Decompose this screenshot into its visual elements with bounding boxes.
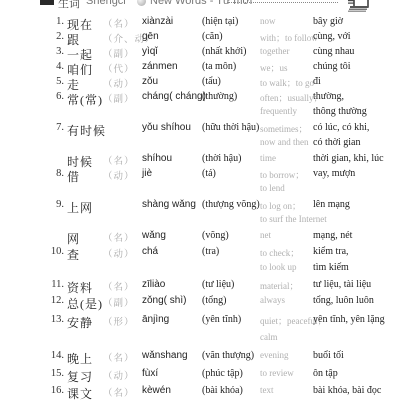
header-marker-box (40, 0, 54, 5)
english-meaning: time (260, 153, 276, 163)
han-viet-reading: (thường) (202, 91, 237, 102)
english-meaning: text (260, 385, 274, 395)
vocab-row: 7.有时候yǒu shíhou(hữu thời hậu)sometimes；c… (0, 122, 400, 138)
pinyin: chá (142, 246, 158, 257)
header-pinyin-label: Shengci (86, 0, 126, 7)
vocab-row: 10.查（动）chá(tra)to check；kiểm tra, (0, 246, 400, 262)
part-of-speech: （代） (103, 61, 135, 75)
vietnamese-meaning: tìm kiếm (313, 262, 349, 273)
vocab-row: to surf the Internet (0, 214, 400, 230)
hanzi-word: 查 (67, 246, 80, 263)
pinyin: zǒu (142, 76, 158, 87)
vocab-row: to look uptìm kiếm (0, 262, 400, 278)
pinyin: yǒu shíhou (142, 122, 191, 133)
entry-number: 8. (50, 168, 64, 179)
english-meaning: calm (260, 332, 278, 342)
part-of-speech: （名） (103, 153, 135, 167)
hanzi-word: 安静 (67, 314, 93, 331)
vietnamese-meaning: kiểm tra, (313, 246, 349, 257)
vocab-row: now and thencó thời gian (0, 137, 400, 153)
han-viet-reading: (căn) (202, 31, 223, 42)
vocab-row: to lend (0, 183, 400, 199)
entry-number: 13. (44, 314, 64, 325)
han-viet-reading: (tẩu) (202, 76, 221, 87)
pinyin: fùxí (142, 368, 158, 379)
vietnamese-meaning: thông thường (313, 106, 367, 117)
part-of-speech: （动） (103, 246, 135, 260)
english-meaning: to borrow； (260, 168, 304, 181)
vocab-row: 15.复习（动）fùxí(phúc tập)to reviewôn tập (0, 368, 400, 384)
entry-number: 12. (44, 295, 64, 306)
pinyin: ānjìng (142, 314, 169, 325)
han-viet-reading: (tổng) (202, 295, 226, 306)
vietnamese-meaning: tổng, luôn luôn (313, 295, 374, 306)
english-meaning: to review (260, 368, 294, 378)
circle-bullet-icon (137, 0, 146, 6)
vocab-row: calm (0, 332, 400, 348)
pinyin: zīliào (142, 279, 165, 290)
pinyin: xiànzài (142, 16, 173, 27)
vietnamese-meaning: vay, mượn (313, 168, 355, 179)
vietnamese-meaning: thời gian, khi, lúc (313, 153, 384, 164)
vietnamese-meaning: buổi tối (313, 350, 344, 361)
vietnamese-meaning: chúng tôi (313, 61, 351, 72)
vocab-row: 3.一起（副）yìqǐ(nhất khởi)togethercùng nhau (0, 46, 400, 62)
english-meaning: material； (260, 279, 298, 292)
pinyin: wǎng (142, 230, 166, 241)
vocab-row: 4.咱们（代）zánmen(ta môn)we；uschúng tôi (0, 61, 400, 77)
vietnamese-meaning: cùng nhau (313, 46, 354, 57)
vietnamese-meaning: tư liệu, tài liệu (313, 279, 371, 290)
dotted-leader (228, 2, 338, 3)
entry-number: 9. (50, 199, 64, 210)
han-viet-reading: (tra) (202, 246, 219, 257)
part-of-speech: （动） (103, 168, 135, 182)
han-viet-reading: (vãn thượng) (202, 350, 254, 361)
vietnamese-meaning: có thời gian (313, 137, 361, 148)
pinyin: kèwén (142, 385, 171, 396)
pinyin: cháng( cháng) (142, 91, 206, 102)
part-of-speech: （副） (103, 46, 135, 60)
hanzi-word: 网 (67, 230, 80, 247)
pinyin: jiè (142, 168, 152, 179)
entry-number: 4. (50, 61, 64, 72)
english-meaning: frequently (260, 106, 297, 116)
english-meaning: together (260, 46, 290, 56)
vietnamese-meaning: có lúc, có khi, (313, 122, 369, 133)
entry-number: 3. (50, 46, 64, 57)
pinyin: yìqǐ (142, 46, 158, 57)
vietnamese-meaning: thường, (313, 91, 344, 102)
hanzi-word: 晚上 (67, 350, 93, 367)
han-viet-reading: (ta môn) (202, 61, 236, 72)
section-header: 生词 Shengci New Words - Từ mới (0, 0, 400, 10)
entry-number: 15. (44, 368, 64, 379)
vietnamese-meaning: bây giờ (313, 16, 343, 27)
part-of-speech: （副） (103, 295, 135, 309)
english-meaning: we；us (260, 61, 288, 74)
english-meaning: now and then (260, 137, 309, 147)
part-of-speech: （名） (103, 385, 135, 399)
vocab-row: 网（名）wǎng(võng)netmạng, nét (0, 230, 400, 246)
pinyin: gēn (142, 31, 159, 42)
vocab-row: 时候（名）shíhou(thời hậu)timethời gian, khi,… (0, 153, 400, 169)
han-viet-reading: (tư liệu) (202, 279, 234, 290)
han-viet-reading: (thời hậu) (202, 153, 241, 164)
part-of-speech: （形） (103, 314, 135, 328)
vocab-row: 16.课文（名）kèwén(bài khóa)textbài khóa, bài… (0, 385, 400, 400)
english-meaning: evening (260, 350, 289, 360)
han-viet-reading: (hiện tại) (202, 16, 238, 27)
vietnamese-meaning: lên mạng (313, 199, 350, 210)
entry-number: 11. (44, 279, 64, 290)
vietnamese-meaning: đi (313, 76, 321, 87)
vocab-row: 8.借（动）jiè(tá)to borrow；vay, mượn (0, 168, 400, 184)
vocab-row: 5.走（动）zǒu(tẩu)to walk；to gođi (0, 76, 400, 92)
han-viet-reading: (tá) (202, 168, 216, 179)
english-meaning: now (260, 16, 276, 26)
entry-number: 2. (50, 31, 64, 42)
hanzi-word: 资料 (67, 279, 93, 296)
part-of-speech: （副） (103, 91, 135, 105)
vocab-row: 1.现在（名）xiànzài(hiện tại)nowbây giờ (0, 16, 400, 32)
vietnamese-meaning: mạng, nét (313, 230, 352, 241)
han-viet-reading: (bài khóa) (202, 385, 243, 396)
han-viet-reading: (thượng võng) (202, 199, 260, 210)
english-meaning: to check； (260, 246, 299, 259)
english-meaning: to lend (260, 183, 285, 193)
english-meaning: to look up (260, 262, 297, 272)
english-meaning: to log on； (260, 199, 301, 212)
part-of-speech: （名） (103, 279, 135, 293)
han-viet-reading: (yên tĩnh) (202, 314, 241, 325)
vocab-row: frequentlythông thường (0, 106, 400, 122)
entry-number: 5. (50, 76, 64, 87)
book-stack-icon (348, 0, 370, 12)
pinyin: zánmen (142, 61, 178, 72)
vocab-row: 11.资料（名）zīliào(tư liệu)material；tư liệu,… (0, 279, 400, 295)
english-meaning: net (260, 230, 271, 240)
vocab-row: 12.总(是)（副）zǒng( shì)(tổng)alwaystổng, lu… (0, 295, 400, 311)
pinyin: shàng wǎng (142, 199, 196, 210)
part-of-speech: （动） (103, 76, 135, 90)
vietnamese-meaning: bài khóa, bài đọc (313, 385, 381, 396)
hanzi-word: 总(是) (67, 295, 103, 312)
vocab-row: 6.常(常)（副）cháng( cháng)(thường)often；usua… (0, 91, 400, 107)
english-meaning: to walk；to go (260, 76, 314, 89)
entry-number: 6. (50, 91, 64, 102)
han-viet-reading: (nhất khởi) (202, 46, 246, 57)
part-of-speech: （名） (103, 350, 135, 364)
english-meaning: to surf the Internet (260, 214, 327, 224)
hanzi-word: 课文 (67, 385, 93, 400)
english-meaning: sometimes； (260, 122, 308, 135)
hanzi-word: 复习 (67, 368, 93, 385)
part-of-speech: （名） (103, 16, 135, 30)
vocab-row: 14.晚上（名）wǎnshang(vãn thượng)eveningbuổi … (0, 350, 400, 366)
entry-number: 14. (44, 350, 64, 361)
entry-number: 7. (50, 122, 64, 133)
english-meaning: always (260, 295, 285, 305)
han-viet-reading: (hữu thời hậu) (202, 122, 259, 133)
entry-number: 10. (44, 246, 64, 257)
english-meaning: with；to follow (260, 31, 318, 44)
pinyin: zǒng( shì) (142, 295, 186, 306)
vocab-row: 2.跟（介、动）gēn(căn)with；to followcùng, với (0, 31, 400, 47)
entry-number: 1. (50, 16, 64, 27)
part-of-speech: （动） (103, 368, 135, 382)
vietnamese-meaning: cùng, với (313, 31, 351, 42)
entry-number: 16. (44, 385, 64, 396)
vietnamese-meaning: ôn tập (313, 368, 338, 379)
vocab-row: 13.安静（形）ānjìng(yên tĩnh)quiet；peaceful；y… (0, 314, 400, 330)
vietnamese-meaning: yên tĩnh, yên lặng (313, 314, 385, 325)
han-viet-reading: (phúc tập) (202, 368, 243, 379)
header-chinese-label: 生词 (58, 0, 80, 11)
vocab-row: 9.上网shàng wǎng(thượng võng)to log on；lên… (0, 199, 400, 215)
pinyin: shíhou (142, 153, 172, 164)
han-viet-reading: (võng) (202, 230, 229, 241)
pinyin: wǎnshang (142, 350, 188, 361)
part-of-speech: （名） (103, 230, 135, 244)
